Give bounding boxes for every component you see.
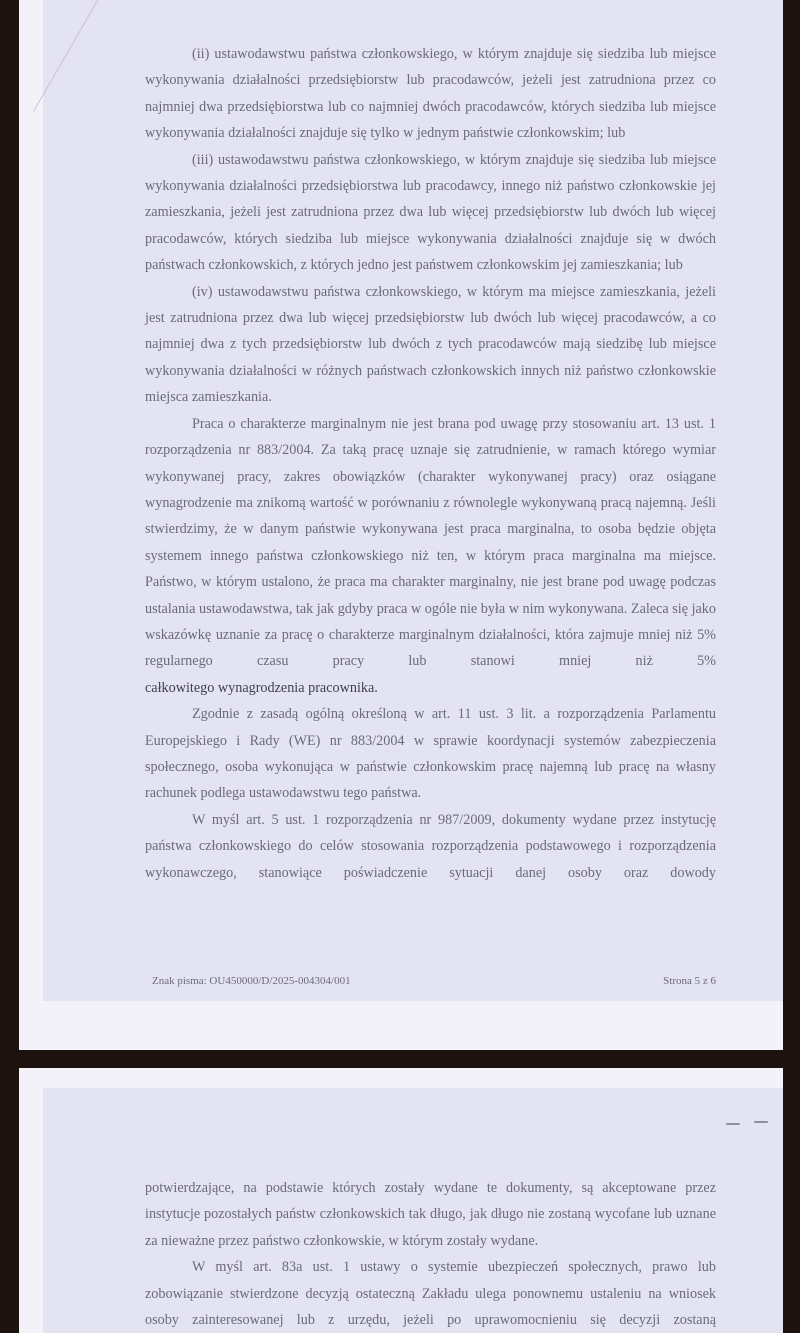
paragraph-clause-iii: (iii) ustawodawstwu państwa członkowskie… [145, 147, 716, 279]
paragraph-art83a: W myśl art. 83a ust. 1 ustawy o systemie… [145, 1254, 716, 1333]
document-reference: Znak pisma: OU450000/D/2025-004304/001 [152, 975, 351, 987]
page-number: Strona 5 z 6 [663, 975, 716, 987]
paragraph-marginal-work: Praca o charakterze marginalnym nie jest… [145, 411, 716, 675]
paragraph-clause-iv: (iv) ustawodawstwu państwa członkowskieg… [145, 279, 716, 411]
paragraph-clause-ii: (ii) ustawodawstwu państwa członkowskieg… [145, 41, 716, 147]
page-body: (ii) ustawodawstwu państwa członkowskieg… [145, 41, 716, 886]
scan-mark [726, 1123, 740, 1125]
paper-fold-crease [33, 0, 104, 112]
paragraph-art5: W myśl art. 5 ust. 1 rozporządzenia nr 9… [145, 807, 716, 886]
paragraph-general-rule: Zgodnie z zasadą ogólną określoną w art.… [145, 701, 716, 807]
paragraph-art5-continued: potwierdzające, na podstawie których zos… [145, 1175, 716, 1254]
scan-mark [754, 1121, 768, 1123]
document-page-5: (ii) ustawodawstwu państwa członkowskieg… [19, 0, 783, 1050]
page-body: potwierdzające, na podstawie których zos… [145, 1175, 716, 1333]
document-page-6: potwierdzające, na podstawie których zos… [19, 1068, 783, 1333]
paragraph-marginal-work-end: całkowitego wynagrodzenia pracownika. [145, 675, 716, 701]
